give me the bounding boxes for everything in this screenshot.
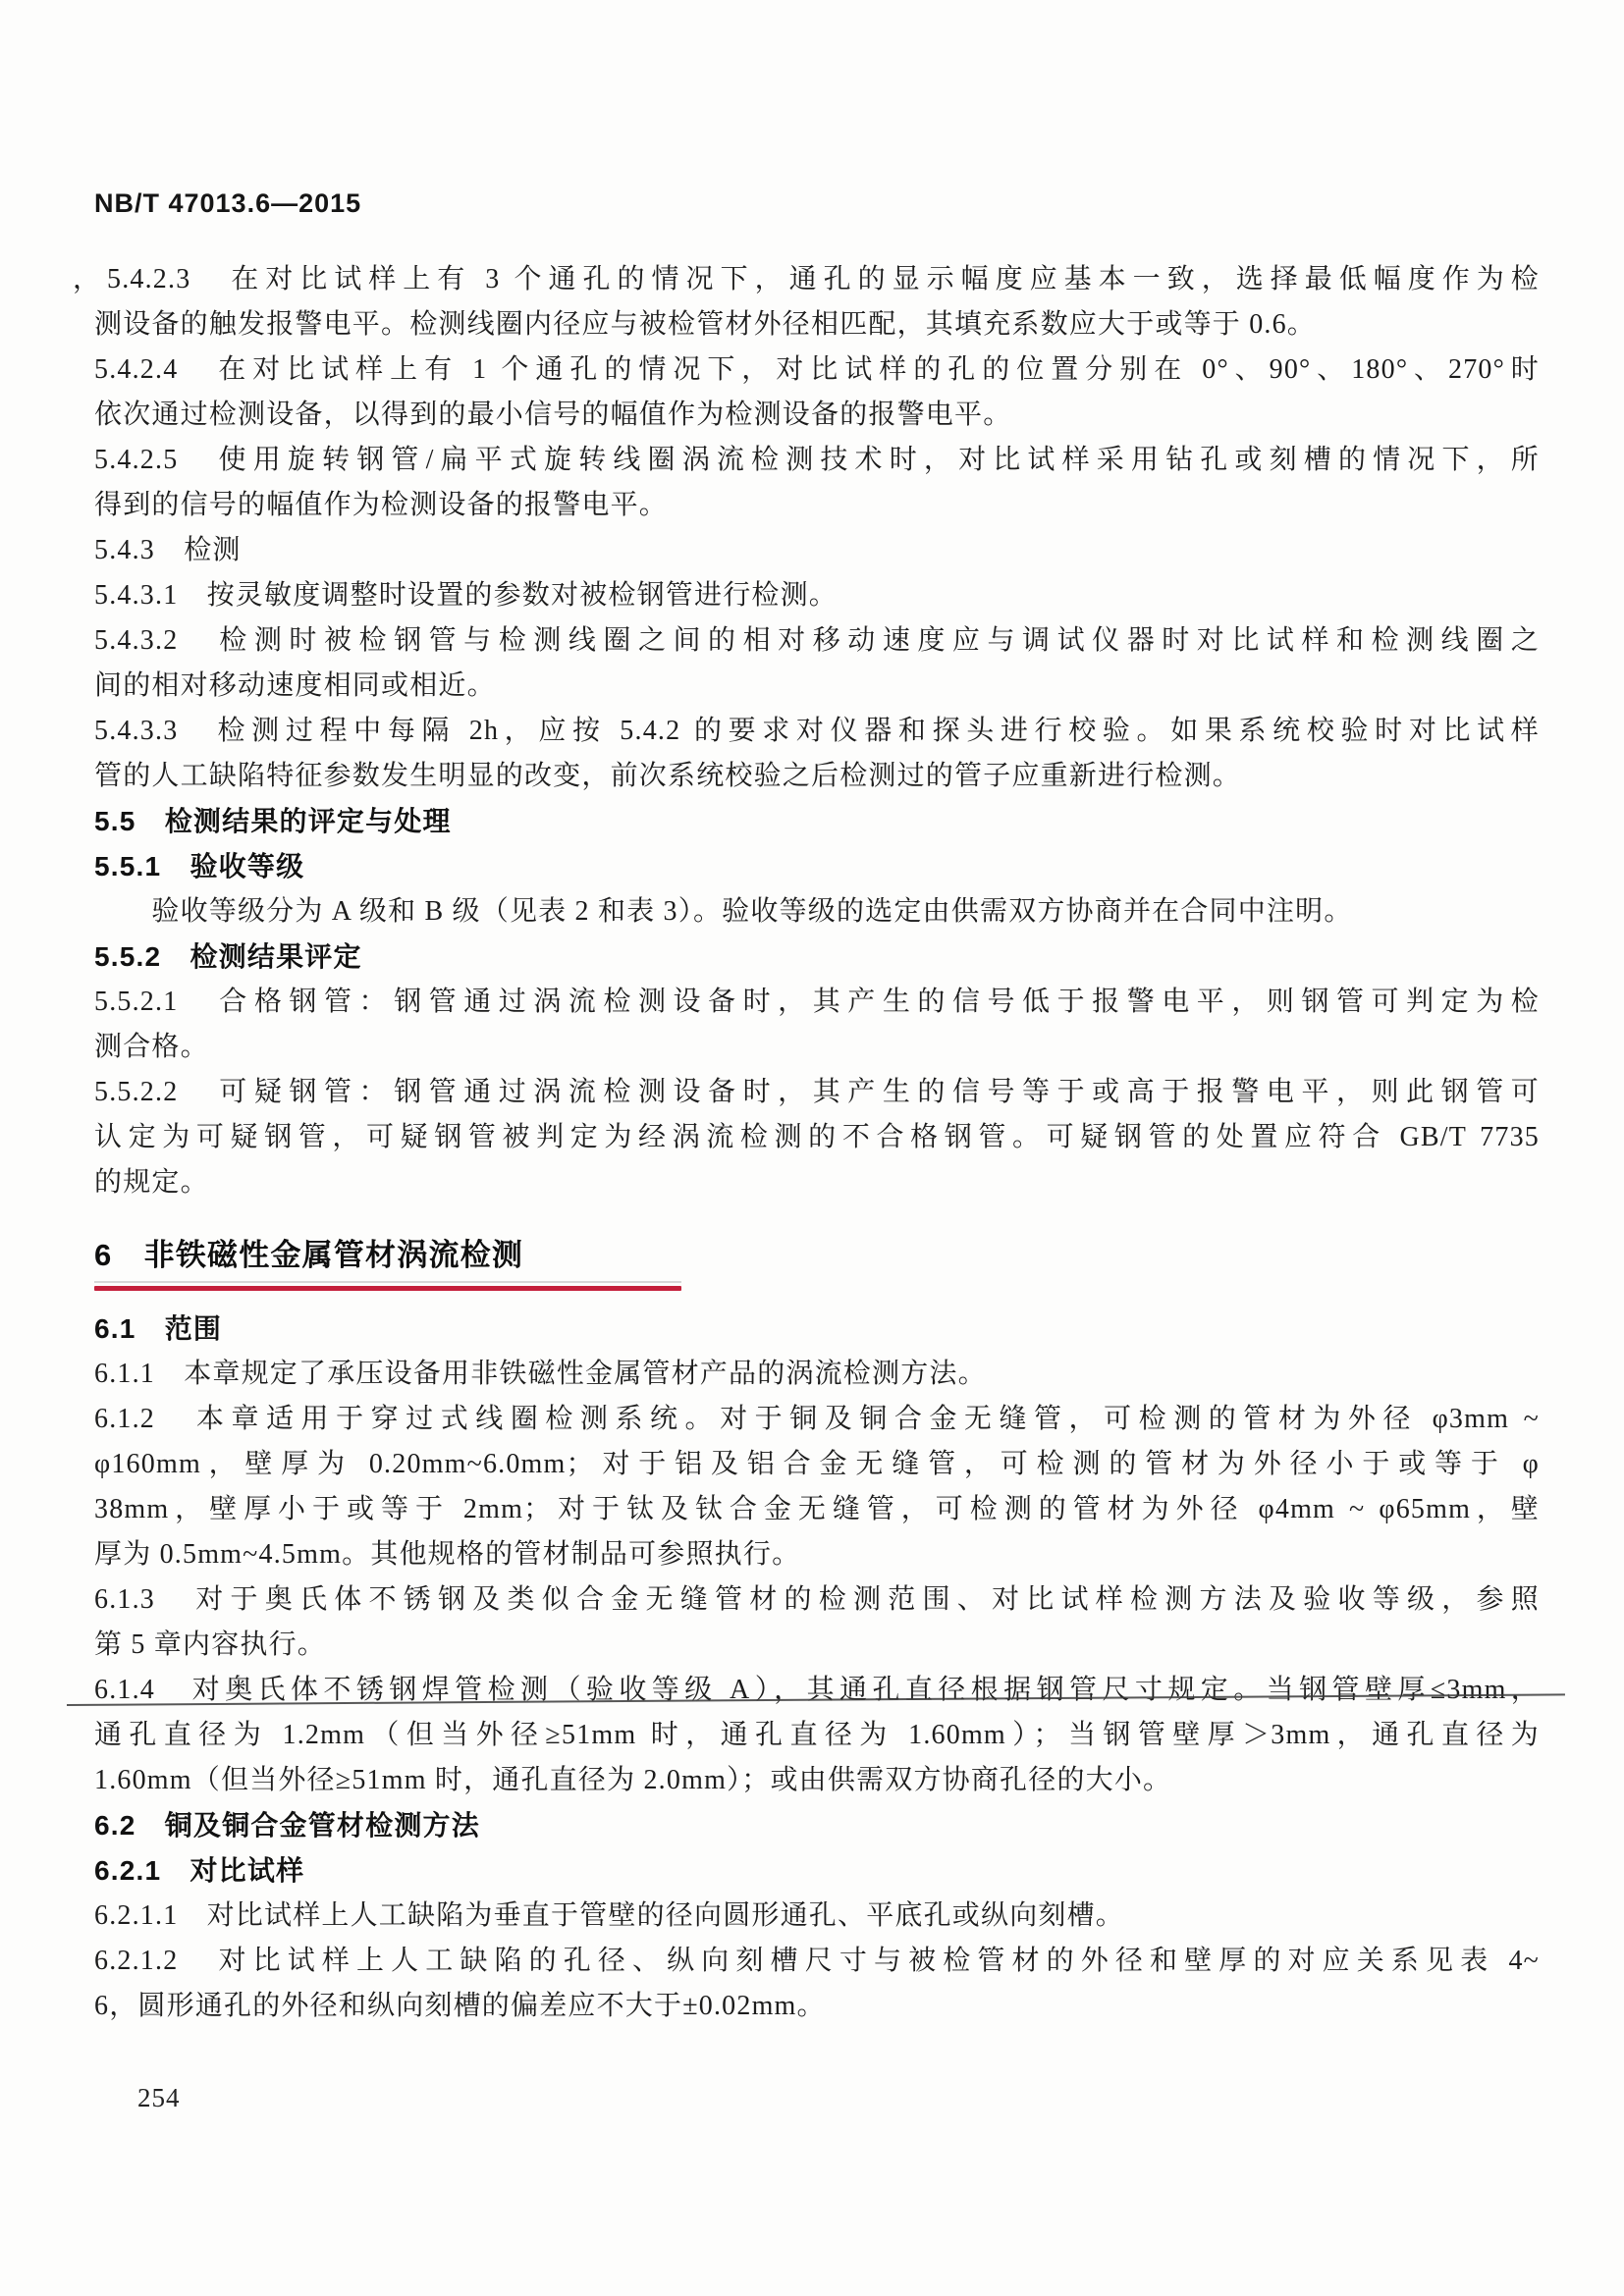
text-line: 1.60mm（但当外径≥51mm 时，通孔直径为 2.0mm）；或由供需双方协商…	[94, 1758, 1540, 1803]
scanned-document-page: NB/T 47013.6—2015 ，5.4.2.3 在对比试样上有 3 个通孔…	[0, 0, 1624, 2296]
text-line: 测合格。	[94, 1025, 1540, 1070]
paragraph: 5.4.3.2 检测时被检钢管与检测线圈之间的相对移动速度应与调试仪器时对比试样…	[94, 618, 1540, 709]
paragraph: 5.4.3 检测	[94, 528, 1540, 573]
section-heading: 6.2.1 对比试样	[94, 1848, 1540, 1894]
text-line: 厚为 0.5mm~4.5mm。其他规格的管材制品可参照执行。	[94, 1532, 1540, 1577]
standard-number-header: NB/T 47013.6—2015	[94, 188, 361, 219]
text-line: 6.1.2 本章适用于穿过式线圈检测系统。对于铜及铜合金无缝管，可检测的管材为外…	[94, 1397, 1540, 1442]
page-number: 254	[137, 2083, 181, 2113]
paragraph: 6.1.4 对奥氏体不锈钢焊管检测（验收等级 A），其通孔直径根据钢管尺寸规定。…	[94, 1668, 1540, 1803]
text-line: 的规定。	[94, 1160, 1540, 1205]
document-body: ，5.4.2.3 在对比试样上有 3 个通孔的情况下，通孔的显示幅度应基本一致，…	[94, 257, 1540, 2029]
section-heading: 5.5 检测结果的评定与处理	[94, 799, 1540, 844]
paragraph: 验收等级分为 A 级和 B 级（见表 2 和表 3）。验收等级的选定由供需双方协…	[94, 889, 1540, 934]
paragraph: 5.5.2.1 合格钢管：钢管通过涡流检测设备时，其产生的信号低于报警电平，则钢…	[94, 980, 1540, 1070]
text-line: 6，圆形通孔的外径和纵向刻槽的偏差应不大于±0.02mm。	[94, 1984, 1540, 2029]
text-line: 第 5 章内容执行。	[94, 1623, 1540, 1668]
paragraph: 5.4.2.4 在对比试样上有 1 个通孔的情况下，对比试样的孔的位置分别在 0…	[94, 347, 1540, 438]
paragraph: 6.1.2 本章适用于穿过式线圈检测系统。对于铜及铜合金无缝管，可检测的管材为外…	[94, 1397, 1540, 1577]
text-line: 验收等级分为 A 级和 B 级（见表 2 和表 3）。验收等级的选定由供需双方协…	[94, 889, 1540, 934]
text-line: 38mm，壁厚小于或等于 2mm；对于钛及钛合金无缝管，可检测的管材为外径 φ4…	[94, 1487, 1540, 1532]
text-line: 6.2.1.1 对比试样上人工缺陷为垂直于管壁的径向圆形通孔、平底孔或纵向刻槽。	[94, 1894, 1540, 1939]
text-line: 6 非铁磁性金属管材涡流检测	[94, 1233, 1540, 1278]
text-line: 6.1 范围	[94, 1307, 1540, 1352]
text-line: 5.5.2.1 合格钢管：钢管通过涡流检测设备时，其产生的信号低于报警电平，则钢…	[94, 980, 1540, 1025]
section-heading: 5.5.1 验收等级	[94, 844, 1540, 889]
text-line: 6.1.1 本章规定了承压设备用非铁磁性金属管材产品的涡流检测方法。	[94, 1352, 1540, 1397]
paragraph: 5.4.3.1 按灵敏度调整时设置的参数对被检钢管进行检测。	[94, 573, 1540, 618]
red-underline	[94, 1281, 681, 1291]
text-line: 5.5 检测结果的评定与处理	[94, 799, 1540, 844]
paragraph: 5.4.2.5 使用旋转钢管/扁平式旋转线圈涡流检测技术时，对比试样采用钻孔或刻…	[94, 438, 1540, 528]
text-line: 5.4.3 检测	[94, 528, 1540, 573]
text-line: 6.1.4 对奥氏体不锈钢焊管检测（验收等级 A），其通孔直径根据钢管尺寸规定。…	[94, 1668, 1540, 1713]
paragraph: 6.2.1.1 对比试样上人工缺陷为垂直于管壁的径向圆形通孔、平底孔或纵向刻槽。	[94, 1894, 1540, 1939]
text-line: 5.5.2.2 可疑钢管：钢管通过涡流检测设备时，其产生的信号等于或高于报警电平…	[94, 1070, 1540, 1115]
section-heading: 6.2 铜及铜合金管材检测方法	[94, 1803, 1540, 1848]
text-line: 5.4.3.3 检测过程中每隔 2h，应按 5.4.2 的要求对仪器和探头进行校…	[94, 709, 1540, 754]
text-line: 5.5.1 验收等级	[94, 844, 1540, 889]
text-line: 通孔直径为 1.2mm（但当外径≥51mm 时，通孔直径为 1.60mm）；当钢…	[94, 1713, 1540, 1758]
section-heading: 5.5.2 检测结果评定	[94, 934, 1540, 980]
text-line: 6.1.3 对于奥氏体不锈钢及类似合金无缝管材的检测范围、对比试样检测方法及验收…	[94, 1577, 1540, 1623]
paragraph: ，5.4.2.3 在对比试样上有 3 个通孔的情况下，通孔的显示幅度应基本一致，…	[94, 257, 1540, 347]
text-line: 5.4.2.5 使用旋转钢管/扁平式旋转线圈涡流检测技术时，对比试样采用钻孔或刻…	[94, 438, 1540, 483]
section-heading: 6.1 范围	[94, 1307, 1540, 1352]
paragraph: 6.2.1.2 对比试样上人工缺陷的孔径、纵向刻槽尺寸与被检管材的外径和壁厚的对…	[94, 1939, 1540, 2029]
text-line: ，5.4.2.3 在对比试样上有 3 个通孔的情况下，通孔的显示幅度应基本一致，…	[94, 257, 1540, 302]
text-line: 5.4.3.2 检测时被检钢管与检测线圈之间的相对移动速度应与调试仪器时对比试样…	[94, 618, 1540, 664]
text-line: 6.2 铜及铜合金管材检测方法	[94, 1803, 1540, 1848]
text-line: 6.2.1.2 对比试样上人工缺陷的孔径、纵向刻槽尺寸与被检管材的外径和壁厚的对…	[94, 1939, 1540, 1984]
text-line: φ160mm，壁厚为 0.20mm~6.0mm；对于铝及铝合金无缝管，可检测的管…	[94, 1442, 1540, 1487]
text-line: 间的相对移动速度相同或相近。	[94, 664, 1540, 709]
paragraph: 5.5.2.2 可疑钢管：钢管通过涡流检测设备时，其产生的信号等于或高于报警电平…	[94, 1070, 1540, 1205]
text-line: 5.5.2 检测结果评定	[94, 934, 1540, 980]
paragraph: 6.1.3 对于奥氏体不锈钢及类似合金无缝管材的检测范围、对比试样检测方法及验收…	[94, 1577, 1540, 1668]
text-line: 6.2.1 对比试样	[94, 1848, 1540, 1894]
text-line: 依次通过检测设备，以得到的最小信号的幅值作为检测设备的报警电平。	[94, 393, 1540, 438]
text-line: 5.4.2.4 在对比试样上有 1 个通孔的情况下，对比试样的孔的位置分别在 0…	[94, 347, 1540, 393]
text-line: 认定为可疑钢管，可疑钢管被判定为经涡流检测的不合格钢管。可疑钢管的处置应符合 G…	[94, 1115, 1540, 1160]
text-line: 测设备的触发报警电平。检测线圈内径应与被检管材外径相匹配，其填充系数应大于或等于…	[94, 302, 1540, 347]
paragraph: 5.4.3.3 检测过程中每隔 2h，应按 5.4.2 的要求对仪器和探头进行校…	[94, 709, 1540, 799]
text-line: 管的人工缺陷特征参数发生明显的改变，前次系统校验之后检测过的管子应重新进行检测。	[94, 754, 1540, 799]
paragraph: 6.1.1 本章规定了承压设备用非铁磁性金属管材产品的涡流检测方法。	[94, 1352, 1540, 1397]
text-line: 得到的信号的幅值作为检测设备的报警电平。	[94, 483, 1540, 528]
chapter-heading: 6 非铁磁性金属管材涡流检测	[94, 1233, 1540, 1278]
text-line: 5.4.3.1 按灵敏度调整时设置的参数对被检钢管进行检测。	[94, 573, 1540, 618]
